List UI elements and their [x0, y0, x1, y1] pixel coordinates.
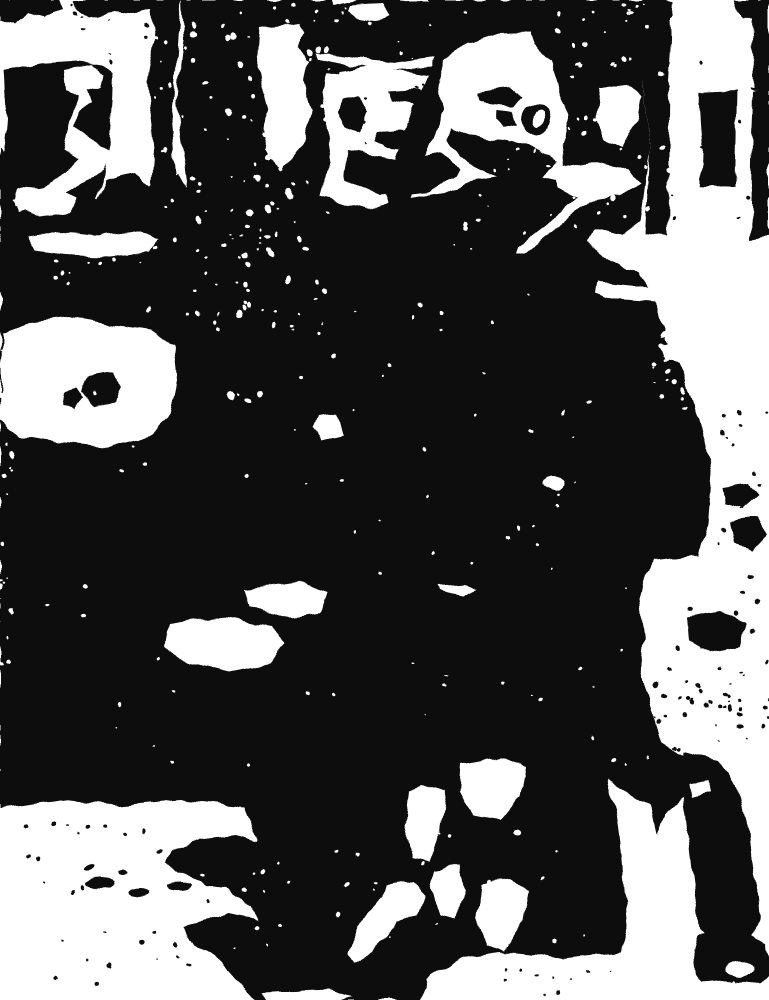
- speckle: [262, 869, 266, 874]
- speckle: [420, 862, 423, 866]
- speckle: [75, 14, 77, 16]
- speckle: [581, 131, 586, 136]
- speckle: [523, 138, 525, 139]
- speckle: [114, 403, 117, 405]
- speckle: [439, 311, 443, 315]
- speckle: [588, 401, 592, 406]
- speckle: [79, 235, 83, 238]
- speckle: [328, 67, 330, 68]
- speckle: [44, 879, 46, 881]
- speckle: [584, 40, 589, 45]
- speckle: [603, 30, 605, 32]
- speckle: [534, 974, 537, 976]
- speckle: [305, 49, 311, 56]
- speckle: [556, 28, 562, 35]
- speckle: [444, 675, 447, 677]
- speckle: [673, 745, 678, 749]
- speckle: [585, 114, 589, 119]
- speckle: [263, 132, 266, 136]
- speckle: [250, 92, 254, 97]
- speckle: [99, 242, 101, 243]
- speckle: [535, 544, 539, 547]
- speckle: [203, 273, 206, 276]
- speckle: [326, 212, 329, 214]
- speckle: [623, 215, 626, 219]
- speckle: [700, 145, 703, 147]
- speckle: [665, 359, 669, 362]
- speckle: [654, 716, 656, 717]
- speckle: [315, 297, 319, 299]
- speckle: [462, 58, 465, 60]
- speckle: [164, 206, 167, 209]
- speckle: [289, 33, 294, 36]
- speckle: [237, 61, 243, 69]
- arch-rightbar-white: [735, 88, 753, 190]
- speckle: [415, 88, 419, 90]
- speckle: [159, 87, 162, 90]
- speckle: [507, 158, 509, 160]
- speckle: [351, 407, 353, 409]
- speckle: [260, 229, 262, 232]
- speckle: [290, 117, 295, 122]
- speckle: [525, 294, 527, 296]
- speckle: [569, 977, 571, 979]
- speckle: [626, 19, 628, 21]
- speckle: [749, 576, 754, 579]
- speckle: [6, 403, 11, 406]
- speckle: [2, 473, 7, 478]
- speckle: [292, 330, 294, 331]
- speckle: [86, 959, 88, 962]
- speckle: [737, 710, 743, 715]
- speckle: [525, 230, 527, 233]
- speckle: [736, 217, 740, 219]
- speckle: [247, 288, 251, 293]
- speckle: [153, 246, 157, 249]
- speckle: [96, 982, 100, 986]
- speckle: [365, 96, 368, 98]
- speckle: [422, 108, 424, 110]
- speckle: [659, 144, 664, 149]
- speckle: [288, 108, 290, 110]
- speckle: [217, 312, 219, 315]
- speckle: [52, 275, 56, 280]
- speckle: [192, 22, 196, 27]
- speckle: [261, 308, 263, 310]
- speckle: [289, 605, 292, 608]
- speckle: [221, 244, 225, 248]
- speckle: [295, 428, 297, 430]
- speckle: [164, 39, 168, 44]
- speckle: [144, 463, 148, 467]
- speckle: [8, 639, 10, 642]
- bald-ear-center: [533, 111, 545, 127]
- speckle: [573, 196, 576, 199]
- speckle: [186, 315, 189, 318]
- speckle: [682, 396, 684, 399]
- speckle: [672, 214, 676, 218]
- speckle: [683, 406, 687, 409]
- speckle: [607, 203, 609, 206]
- speckle: [399, 52, 402, 55]
- speckle: [660, 396, 663, 400]
- speckle: [616, 142, 622, 146]
- speckle: [294, 220, 296, 222]
- speckle: [740, 591, 745, 594]
- speckle: [240, 12, 242, 15]
- speckle: [225, 35, 231, 41]
- speckle: [389, 934, 391, 936]
- speckle: [662, 331, 668, 336]
- speckle: [363, 144, 365, 146]
- speckle: [244, 180, 246, 181]
- speckle: [81, 16, 83, 18]
- speckle: [737, 410, 741, 414]
- speckle: [672, 985, 675, 988]
- speckle: [723, 416, 726, 419]
- speckle: [504, 978, 507, 981]
- speckle: [66, 283, 69, 286]
- speckle: [10, 465, 12, 468]
- speckle: [719, 338, 724, 343]
- speckle: [705, 705, 709, 708]
- speckle: [682, 348, 685, 350]
- speckle: [302, 596, 304, 598]
- speckle: [144, 23, 148, 28]
- speckle: [11, 398, 15, 401]
- speckle: [278, 924, 282, 928]
- speckle: [550, 567, 552, 569]
- speckle: [314, 10, 318, 14]
- speckle: [646, 206, 651, 211]
- speckle: [302, 247, 308, 251]
- speckle: [168, 84, 172, 89]
- speckle: [558, 492, 561, 495]
- speckle: [695, 329, 700, 332]
- speckle: [426, 496, 429, 499]
- floor-debris-5: [119, 869, 129, 875]
- speckle: [659, 934, 663, 939]
- bottomright-floor-white: [639, 555, 769, 671]
- speckle: [87, 260, 89, 263]
- speckle: [192, 289, 196, 292]
- speckle: [557, 505, 560, 508]
- speckle: [0, 349, 2, 350]
- speckle: [138, 230, 143, 234]
- speckle: [682, 966, 686, 972]
- speckle: [690, 700, 695, 706]
- speckle: [258, 249, 260, 251]
- photo-canvas: [0, 0, 769, 1000]
- speckle: [574, 481, 576, 482]
- speckle: [45, 604, 48, 607]
- speckle: [227, 139, 230, 141]
- speckle: [6, 443, 9, 446]
- speckle: [222, 24, 226, 28]
- speckle: [53, 821, 58, 826]
- speckle: [670, 196, 672, 197]
- speckle: [623, 764, 625, 766]
- speckle: [116, 728, 118, 729]
- speckle: [83, 28, 87, 31]
- speckle: [398, 41, 400, 42]
- speckle: [666, 370, 672, 374]
- speckle: [738, 698, 741, 701]
- speckle: [473, 131, 476, 133]
- speckle: [368, 6, 370, 7]
- white-dot-1: [228, 392, 236, 400]
- speckle: [243, 115, 248, 119]
- speckle: [594, 117, 598, 121]
- speckle: [612, 65, 616, 68]
- speckle: [334, 20, 337, 22]
- speckle: [407, 123, 410, 125]
- speckle: [413, 57, 415, 58]
- speckle: [66, 825, 68, 827]
- white-dot-2: [244, 398, 250, 404]
- speckle: [330, 693, 333, 696]
- speckle: [119, 701, 122, 705]
- speckle: [706, 378, 710, 383]
- speckle: [515, 150, 518, 153]
- speckle: [549, 215, 551, 217]
- right-edge-strip: [750, 90, 769, 239]
- speckle: [620, 149, 623, 151]
- speckle: [588, 969, 592, 971]
- speckle: [360, 126, 362, 129]
- speckle: [654, 682, 660, 688]
- speckle: [111, 54, 113, 55]
- speckle: [373, 883, 376, 885]
- speckle: [757, 483, 760, 486]
- speckle: [35, 857, 39, 862]
- speckle: [671, 126, 674, 130]
- speckle: [655, 738, 660, 743]
- speckle: [578, 118, 581, 121]
- speckle: [244, 302, 248, 305]
- speckle: [647, 756, 649, 759]
- speckle: [541, 993, 544, 995]
- speckle: [422, 75, 425, 77]
- speckle: [3, 584, 6, 587]
- speckle: [553, 939, 558, 944]
- speckle: [664, 715, 668, 718]
- speckle: [268, 249, 274, 257]
- speckle: [558, 989, 562, 993]
- speckle: [424, 122, 427, 124]
- speckle: [201, 82, 206, 85]
- white-dot-3: [256, 391, 262, 397]
- speckle: [246, 763, 249, 767]
- speckle: [143, 828, 147, 832]
- speckle: [171, 199, 174, 202]
- speckle: [671, 17, 673, 18]
- speckle: [686, 965, 691, 968]
- speckle: [314, 46, 320, 52]
- speckle: [740, 118, 743, 122]
- speckle: [247, 37, 250, 39]
- speckle: [263, 206, 269, 214]
- speckle: [709, 702, 712, 705]
- speckle: [591, 687, 593, 688]
- speckle: [470, 247, 472, 249]
- speckle: [752, 471, 756, 475]
- speckle: [184, 962, 188, 965]
- speckle: [108, 19, 110, 20]
- speckle: [259, 66, 264, 70]
- speckle: [383, 376, 385, 379]
- speckle: [174, 941, 179, 946]
- speckle: [429, 23, 431, 25]
- speckle: [285, 189, 291, 197]
- speckle: [765, 414, 768, 416]
- speckle: [696, 685, 701, 690]
- speckle: [340, 13, 343, 16]
- speckle: [197, 249, 200, 251]
- speckle: [248, 77, 252, 81]
- speckle: [685, 680, 688, 683]
- speckle: [26, 855, 30, 858]
- speckle: [686, 696, 691, 701]
- speckle: [659, 73, 664, 77]
- speckle: [483, 372, 486, 374]
- speckle: [726, 695, 729, 699]
- speckle: [435, 922, 437, 924]
- speckle: [706, 335, 709, 337]
- speckle: [156, 959, 158, 960]
- speckle: [246, 472, 251, 476]
- speckle: [275, 58, 277, 60]
- speckle: [109, 59, 113, 64]
- speckle: [661, 987, 664, 991]
- speckle: [533, 526, 535, 528]
- speckle: [35, 244, 40, 247]
- speckle: [653, 366, 655, 368]
- speckle: [7, 578, 9, 580]
- speckle: [667, 667, 672, 671]
- speckle: [717, 544, 719, 547]
- speckle: [721, 706, 725, 709]
- speckle: [628, 185, 631, 188]
- speckle: [533, 149, 536, 153]
- speckle: [741, 508, 744, 510]
- speckle: [332, 354, 336, 359]
- speckle: [628, 10, 630, 12]
- speckle: [68, 274, 70, 276]
- speckle: [243, 224, 248, 228]
- speckle: [86, 826, 91, 830]
- speckle: [63, 939, 65, 941]
- speckle: [614, 110, 617, 112]
- speckle: [622, 648, 625, 651]
- speckle: [55, 258, 59, 261]
- speckle: [109, 961, 114, 966]
- speckle: [363, 120, 367, 123]
- speckle: [598, 211, 602, 215]
- speckle: [271, 324, 276, 330]
- speckle: [596, 185, 600, 190]
- speckle: [475, 414, 478, 418]
- speckle: [341, 480, 346, 483]
- speckle: [297, 374, 301, 378]
- speckle: [195, 312, 200, 317]
- speckle: [747, 195, 751, 199]
- speckle: [199, 873, 203, 877]
- speckle: [726, 705, 732, 712]
- speckle: [205, 897, 208, 901]
- window-inner-dark: [698, 90, 739, 193]
- speckle: [469, 565, 472, 568]
- speckle: [637, 155, 642, 159]
- speckle: [76, 245, 79, 248]
- speckle: [508, 139, 511, 142]
- speckle: [724, 436, 727, 438]
- speckle: [239, 393, 242, 395]
- speckle: [122, 832, 126, 836]
- speckle: [590, 738, 593, 741]
- speckle: [307, 692, 311, 696]
- speckle: [260, 243, 262, 245]
- speckle: [573, 225, 576, 228]
- speckle: [396, 93, 398, 95]
- speckle: [344, 881, 348, 886]
- speckle: [571, 77, 575, 79]
- speckle: [414, 144, 416, 145]
- speckle: [717, 667, 722, 670]
- speckle: [718, 163, 721, 167]
- speckle: [443, 685, 446, 687]
- speckle: [54, 977, 59, 981]
- floor-debris-4: [83, 865, 95, 871]
- speckle: [408, 133, 411, 136]
- speckle: [508, 169, 510, 171]
- speckle: [505, 969, 508, 971]
- speckle: [173, 239, 177, 243]
- speckle: [232, 947, 234, 949]
- speckle: [726, 981, 730, 985]
- speckle: [322, 322, 324, 324]
- speckle: [708, 386, 710, 388]
- speckle: [84, 583, 88, 588]
- speckle: [279, 166, 284, 170]
- boot-slash-white: [727, 961, 753, 977]
- speckle: [146, 307, 150, 312]
- speckle: [96, 260, 100, 264]
- speckle: [453, 76, 455, 78]
- speckle: [246, 211, 253, 217]
- speckle: [307, 181, 309, 183]
- speckle: [486, 206, 488, 207]
- speckle: [277, 863, 279, 866]
- speckle: [291, 45, 293, 47]
- speckle: [731, 681, 733, 682]
- speckle: [112, 258, 116, 263]
- speckle: [209, 94, 213, 97]
- speckle: [230, 234, 232, 236]
- speckle: [271, 5, 275, 9]
- speckle: [370, 22, 374, 27]
- speckle: [324, 101, 328, 104]
- speckle: [697, 412, 702, 417]
- speckle: [254, 924, 259, 928]
- speckle: [280, 126, 286, 133]
- speckle: [719, 353, 721, 355]
- speckle: [557, 102, 559, 105]
- speckle: [232, 239, 234, 241]
- speckle: [139, 261, 141, 263]
- speckle: [672, 381, 678, 386]
- speckle: [83, 251, 87, 254]
